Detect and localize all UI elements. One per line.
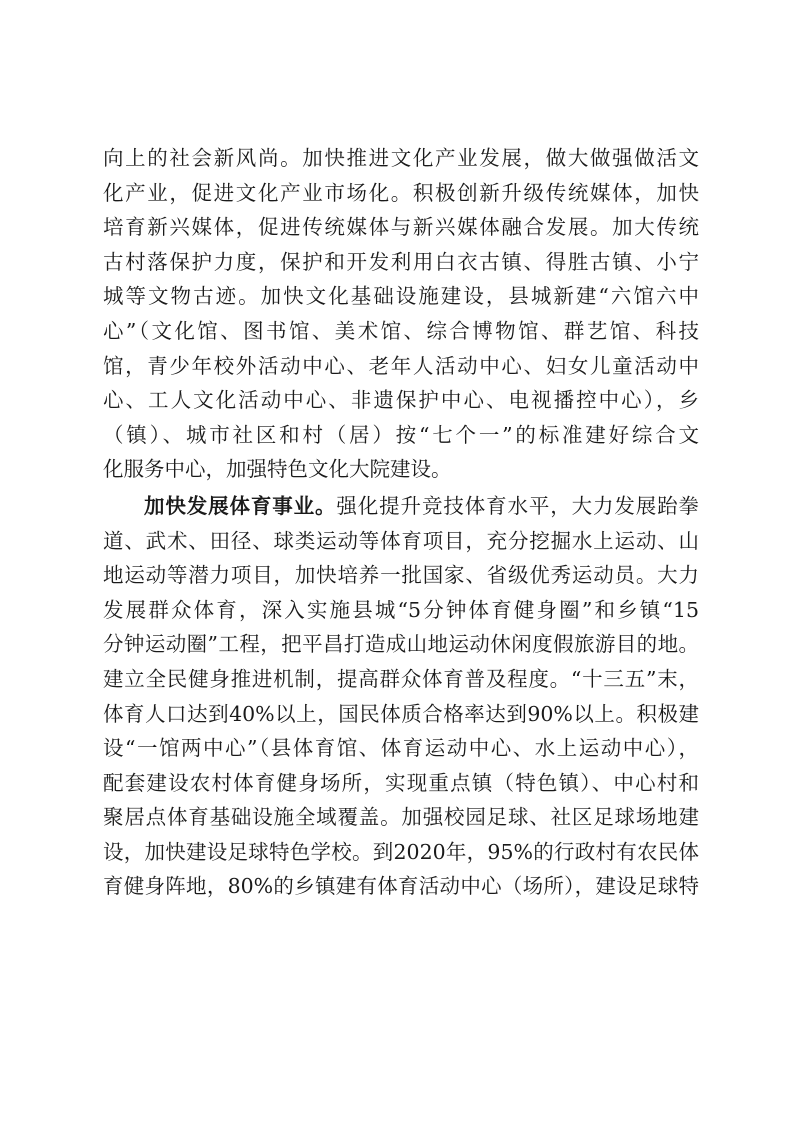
document-page: 向上的社会新风尚。加快推进文化产业发展，做大做强做活文 化产业，促进文化产业市场… xyxy=(103,141,699,904)
text-line: 馆，青少年校外活动中心、老年人活动中心、妇女儿童活动中 xyxy=(103,349,699,384)
text-line: 育健身阵地，80%的乡镇建有体育活动中心（场所），建设足球特 xyxy=(103,869,699,904)
text-line: 地运动等潜力项目，加快培养一批国家、省级优秀运动员。大力 xyxy=(103,558,699,593)
text-line-first: 加快发展体育事业。强化提升竞技体育水平，大力发展跆拳 xyxy=(103,489,699,524)
text-line: 设“一馆两中心”（县体育馆、体育运动中心、水上运动中心）， xyxy=(103,731,699,766)
text-line: 城等文物古迹。加快文化基础设施建设，县城新建“六馆六中 xyxy=(103,279,699,314)
paragraph-sports: 加快发展体育事业。强化提升竞技体育水平，大力发展跆拳 道、武术、田径、球类运动等… xyxy=(103,489,699,904)
text-line: 培育新兴媒体，促进传统媒体与新兴媒体融合发展。加大传统 xyxy=(103,210,699,245)
text-line: 化产业，促进文化产业市场化。积极创新升级传统媒体，加快 xyxy=(103,176,699,211)
text-line: 心”（文化馆、图书馆、美术馆、综合博物馆、群艺馆、科技 xyxy=(103,314,699,349)
text-line: 聚居点体育基础设施全域覆盖。加强校园足球、社区足球场地建 xyxy=(103,800,699,835)
text-run: 强化提升竞技体育水平，大力发展跆拳 xyxy=(336,494,699,518)
text-line: 体育人口达到40%以上，国民体质合格率达到90%以上。积极建 xyxy=(103,697,699,732)
text-line: 建立全民健身推进机制，提高群众体育普及程度。“十三五”末， xyxy=(103,662,699,697)
text-line: 化服务中心，加强特色文化大院建设。 xyxy=(103,452,699,487)
paragraph-culture: 向上的社会新风尚。加快推进文化产业发展，做大做强做活文 化产业，促进文化产业市场… xyxy=(103,141,699,487)
section-heading: 加快发展体育事业。 xyxy=(144,494,336,518)
text-line: 设，加快建设足球特色学校。到2020年，95%的行政村有农民体 xyxy=(103,835,699,870)
text-line: 发展群众体育，深入实施县城“5分钟体育健身圈”和乡镇“15 xyxy=(103,593,699,628)
text-line: 古村落保护力度，保护和开发利用白衣古镇、得胜古镇、小宁 xyxy=(103,245,699,280)
text-line: 向上的社会新风尚。加快推进文化产业发展，做大做强做活文 xyxy=(103,141,699,176)
text-line: 配套建设农村体育健身场所，实现重点镇（特色镇）、中心村和 xyxy=(103,766,699,801)
text-line: 道、武术、田径、球类运动等体育项目，充分挖掘水上运动、山 xyxy=(103,524,699,559)
text-line: （镇）、城市社区和村（居）按“七个一”的标准建好综合文 xyxy=(103,418,699,453)
text-line: 心、工人文化活动中心、非遗保护中心、电视播控中心），乡 xyxy=(103,383,699,418)
text-line: 分钟运动圈”工程，把平昌打造成山地运动休闲度假旅游目的地。 xyxy=(103,627,699,662)
